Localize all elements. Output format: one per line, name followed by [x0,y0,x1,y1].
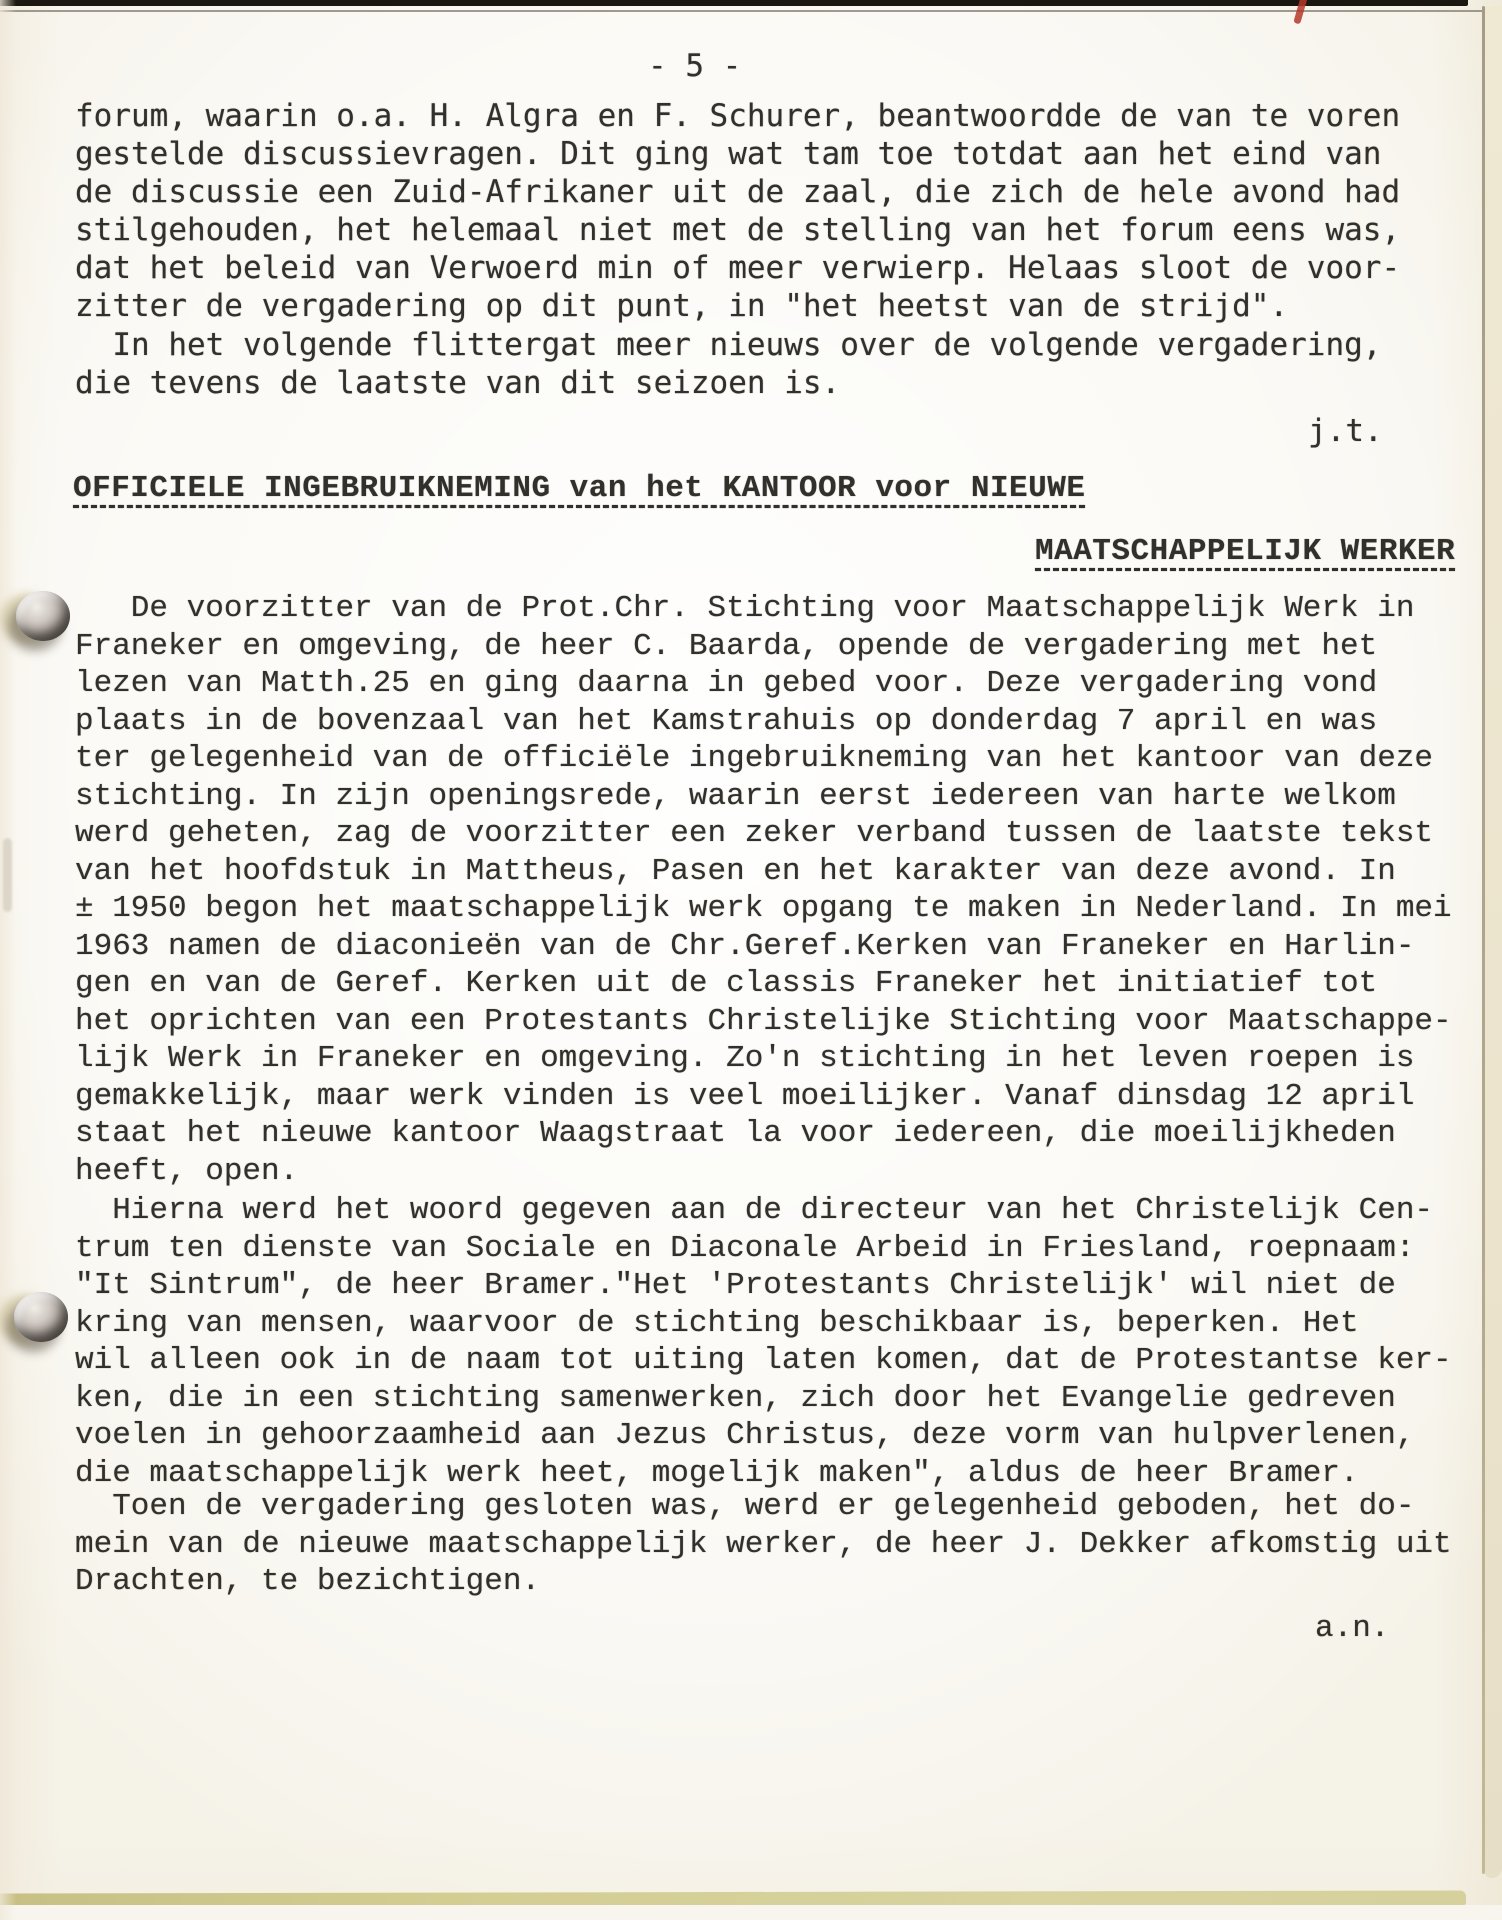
article-kantoor-title-line-1: OFFICIELE INGEBRUIKNEMING van het KANTOO… [73,470,1085,508]
article-kantoor-paragraph-2: Hierna werd het woord gegeven aan de dir… [75,1192,1452,1492]
scan-top-edge [0,0,1468,6]
surface-below-page [0,1905,1502,1920]
left-edge-smudge [3,838,12,912]
scan-top-page-edge-line [0,10,1484,12]
page-right-edge-line [1482,6,1485,1874]
page-number: - 5 - [648,47,741,85]
binder-fastener-icon [16,591,70,641]
article-kantoor-paragraph-3: Toen de vergadering gesloten was, werd e… [75,1488,1452,1601]
article-forum-signature: j.t. [1308,412,1383,450]
article-kantoor-signature: a.n. [1315,1610,1389,1648]
page-right-edge [1485,6,1502,1878]
scanned-newsletter-page: - 5 - forum, waarin o.a. H. Algra en F. … [0,0,1502,1920]
article-kantoor-title-line-2: MAATSCHAPPELIJK WERKER [1035,533,1455,571]
page-left-edge [0,0,16,1920]
article-forum-paragraph-1: forum, waarin o.a. H. Algra en F. Schure… [75,97,1400,325]
article-forum-paragraph-2: In het volgende flittergat meer nieuws o… [75,326,1381,402]
article-kantoor-paragraph-1: De voorzitter van de Prot.Chr. Stichting… [75,590,1452,1190]
binder-fastener-icon [14,1292,68,1342]
